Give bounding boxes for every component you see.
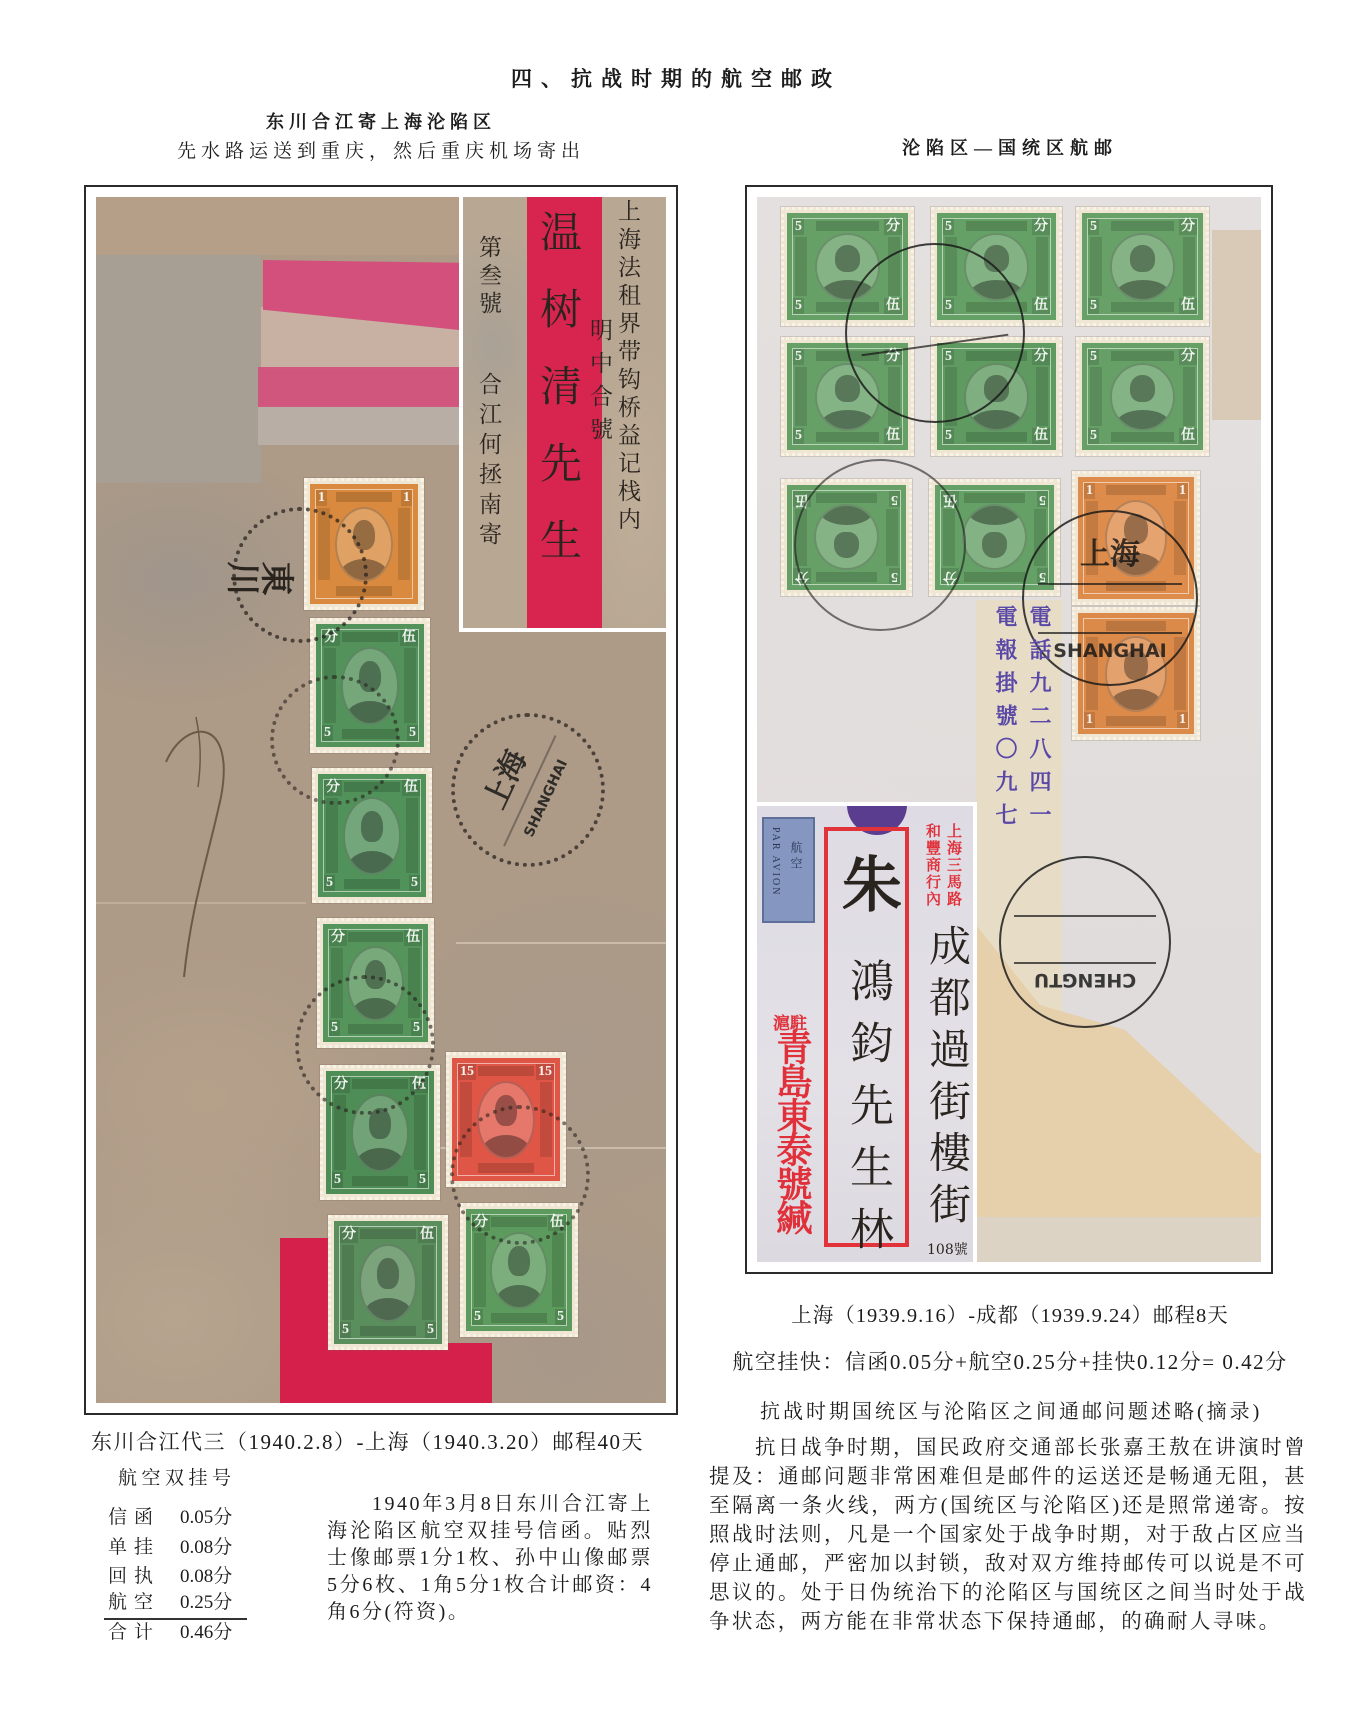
- stamp-side-panel: [1183, 237, 1195, 296]
- stamp-denomination: 5: [793, 349, 804, 365]
- rate-table-divider: [104, 1618, 247, 1620]
- stamp-inscription: [964, 493, 1026, 503]
- recipient-address: 上海法租界带钩桥益记栈内: [615, 199, 638, 535]
- stamp-inscription: [344, 879, 400, 889]
- stamp-denomination: 5: [1088, 219, 1099, 235]
- stamp-side-panel: [552, 1233, 564, 1307]
- stamp-side-panel: [398, 508, 410, 580]
- airmail-label: PAR AVION 航空: [762, 817, 815, 923]
- stamp-denomination: 伍: [1179, 298, 1197, 314]
- stamp-sun-yat-sen-5: 分伍55: [328, 1215, 448, 1350]
- stamp-inscription: [816, 432, 879, 442]
- postmark-content: 上海 SHANGHAI: [431, 693, 625, 887]
- stamp-side-panel: [414, 1095, 426, 1170]
- stamp-face: 分伍55: [334, 1221, 442, 1344]
- left-cover-heading: 东川合江寄上海沦陷区: [231, 111, 531, 133]
- rate-value: 0.08分: [180, 1565, 232, 1589]
- right-cover-photo: 5分5伍 5分5伍 5分5伍 5分5伍 5分5伍 5分5伍 5分5伍 5分5伍 …: [757, 197, 1261, 1262]
- rate-label: 单挂: [108, 1536, 160, 1560]
- stamp-side-panel: [795, 367, 807, 426]
- stamp-inscription: [1111, 221, 1174, 231]
- stamp-side-panel: [1036, 367, 1048, 426]
- rate-row: 回执 0.08分: [108, 1565, 253, 1589]
- portrait-bust: [356, 1148, 404, 1172]
- portrait-head: [508, 1246, 529, 1277]
- stamp-inscription: [964, 572, 1026, 582]
- pencil-mark: [136, 677, 276, 997]
- rate-value: 0.05分: [180, 1506, 232, 1530]
- stamp-side-panel: [795, 237, 807, 296]
- recipient-address: 成都過街樓街: [926, 924, 968, 1234]
- stamp-denomination: 5: [324, 875, 335, 891]
- portrait-bust: [968, 504, 1021, 525]
- stamp-denomination: 伍: [884, 428, 902, 444]
- stamp-denomination: 1: [316, 490, 327, 506]
- registration-telegraph: 電報掛號〇九七: [993, 605, 1015, 836]
- portrait-bust: [970, 410, 1023, 431]
- stamp-denomination: 5: [472, 1309, 483, 1325]
- stamp-denomination: 5: [1037, 491, 1048, 507]
- stamp-denomination: 5: [340, 1322, 351, 1338]
- stamp-inscription: [336, 492, 392, 502]
- recipient-address-2: 明中合號: [587, 318, 610, 450]
- pink-registration-band: [258, 367, 459, 407]
- portrait-oval: [1110, 363, 1175, 430]
- portrait-head: [1130, 375, 1155, 402]
- recipient-surname: 朱: [837, 853, 897, 913]
- portrait-head: [361, 811, 383, 842]
- stamp-denomination: 伍: [1032, 298, 1050, 314]
- stamp-side-panel: [422, 1245, 434, 1320]
- rate-row: 单挂 0.08分: [108, 1536, 253, 1560]
- paper-strip: [976, 1217, 1261, 1262]
- stamp-denomination: 1: [1084, 712, 1095, 728]
- stamp-denomination: 5: [793, 428, 804, 444]
- stamp-inscription: [966, 221, 1028, 231]
- stamp-denomination: 5: [943, 428, 954, 444]
- postmark-chengtu: CHENGTU: [999, 856, 1171, 1028]
- portrait-head: [982, 532, 1006, 558]
- stamp-denomination: 1: [401, 490, 412, 506]
- stamp-denomination: 伍: [418, 1227, 436, 1243]
- stamp-face: 5分5伍: [1082, 343, 1203, 450]
- stamp-denomination: 5: [1088, 298, 1099, 314]
- stamp-side-panel: [1090, 237, 1102, 296]
- paper-crease: [456, 942, 666, 944]
- rate-total-label: 合计: [108, 1621, 160, 1645]
- portrait-oval: [1110, 233, 1175, 300]
- airmail-label-en: PAR AVION: [770, 827, 781, 896]
- stamp-side-panel: [474, 1233, 486, 1307]
- stamp-denomination: 15: [458, 1064, 476, 1080]
- paper-patch: [96, 255, 261, 483]
- left-cover-description: 1940年3月8日东川合江寄上海沦陷区航空双挂号信函。贴烈士像邮票1分1枚、孙中…: [327, 1491, 653, 1626]
- stamp-inscription: [360, 1326, 416, 1336]
- rate-value: 0.08分: [180, 1536, 232, 1560]
- postmark-bar: [1038, 632, 1183, 634]
- stamp-inscription: [1111, 351, 1174, 361]
- stamp-denomination: 分: [1032, 349, 1050, 365]
- stamp-sun-yat-sen-5: 5分5伍: [1076, 337, 1209, 456]
- left-cover-subheading: 先水路运送到重庆，然后重庆机场寄出: [171, 141, 591, 163]
- registration-telephone: 電話九二八四一: [1027, 605, 1049, 836]
- paper-patch: [258, 405, 459, 445]
- right-cover-caption: 上海（1939.9.16）-成都（1939.9.24）邮程8天: [760, 1304, 1260, 1328]
- rate-label: 回执: [108, 1565, 160, 1589]
- portrait-bust: [1110, 689, 1162, 713]
- stamp-side-panel: [404, 648, 416, 723]
- stamp-denomination: 分: [340, 1227, 358, 1243]
- postmark-dongchuan: 東川: [232, 507, 368, 643]
- rate-row: 航空 0.25分: [108, 1591, 253, 1615]
- page-title: 四、抗战时期的航空邮政: [452, 67, 891, 91]
- recipient-house-number: 108號: [927, 1239, 968, 1259]
- portrait-head: [1130, 245, 1155, 272]
- stamp-denomination: 1: [1084, 483, 1095, 499]
- stamp-denomination: 伍: [1032, 428, 1050, 444]
- portrait-bust: [1116, 410, 1170, 431]
- stamp-denomination: 分: [1179, 349, 1197, 365]
- paper-patch: [1212, 230, 1261, 420]
- portrait-head: [377, 1258, 399, 1289]
- stamp-inscription: [816, 221, 879, 231]
- address-side-inset: 温树清先生 上海法租界带钩桥益记栈内 明中合號 第叁號 合江何拯南寄: [459, 197, 666, 632]
- stamp-side-panel: [342, 1245, 354, 1320]
- stamp-side-panel: [1036, 237, 1048, 296]
- stamp-inscription: [1106, 716, 1166, 726]
- stamp-denomination: 5: [793, 219, 804, 235]
- postmark-bar: [1014, 915, 1155, 917]
- stamp-side-panel: [406, 798, 418, 873]
- left-cover-photo: 温树清先生 上海法租界带钩桥益记栈内 明中合號 第叁號 合江何拯南寄 11 分伍…: [96, 197, 666, 1403]
- portrait-bust: [496, 1285, 543, 1309]
- rate-value: 0.25分: [180, 1591, 232, 1615]
- postmark-office: 東川: [227, 558, 295, 592]
- stamp-denomination: 分: [884, 219, 902, 235]
- sender-name: 青島東泰號緘: [774, 1029, 810, 1233]
- stamp-denomination: 伍: [400, 630, 418, 646]
- left-cover-caption: 东川合江代三（1940.2.8）-上海（1940.3.20）邮程40天: [91, 1430, 644, 1454]
- stamp-denomination: 5: [407, 725, 418, 741]
- portrait-oval: [359, 1244, 417, 1322]
- stamp-inscription: [352, 1176, 408, 1186]
- stamp-denomination: 5: [409, 875, 420, 891]
- sender-address-line-1: 上海三馬路: [946, 823, 961, 908]
- postmark-latin: CHENGTU: [1001, 970, 1169, 989]
- stamp-side-panel: [326, 798, 338, 873]
- postmark-partial: [794, 459, 966, 631]
- right-cover-rate: 航空挂快：信函0.05分+航空0.25分+挂快0.12分= 0.42分: [700, 1350, 1320, 1374]
- stamp-denomination: 伍: [404, 930, 422, 946]
- recipient-name: 鴻鈞先生林: [845, 958, 889, 1262]
- stamp-denomination: 5: [1088, 349, 1099, 365]
- sender-name: 合江何拯南寄: [476, 372, 499, 552]
- rate-label: 信函: [108, 1506, 160, 1530]
- stamp-denomination: 5: [332, 1172, 343, 1188]
- stamp-denomination: 分: [1032, 219, 1050, 235]
- right-cover-heading: 沦陷区—国统区航邮: [860, 137, 1160, 159]
- stamp-sun-yat-sen-5: 5分5伍: [1076, 207, 1209, 326]
- address-side-inset: PAR AVION 航空 上海三馬路 和豐商行內 朱 鴻鈞先生林 成都過街樓街 …: [757, 802, 977, 1262]
- portrait-bust: [821, 410, 875, 431]
- stamp-denomination: 5: [417, 1172, 428, 1188]
- rate-label: 航空: [108, 1591, 160, 1615]
- portrait-bust: [1116, 280, 1170, 301]
- postmark-cancel: [450, 1105, 590, 1245]
- stamp-inscription: [1111, 432, 1174, 442]
- stamp-denomination: 5: [1088, 428, 1099, 444]
- postmark-bar: [1038, 583, 1183, 585]
- stamp-inscription: [360, 1229, 416, 1239]
- stamp-inscription: [1106, 485, 1166, 495]
- stamp-denomination: 1: [1177, 712, 1188, 728]
- postmark-bar: [1014, 962, 1155, 964]
- stamp-denomination: 5: [425, 1322, 436, 1338]
- stamp-denomination: 5: [943, 219, 954, 235]
- postmark-cancel: [295, 975, 435, 1115]
- article-body: 抗日战争时期，国民政府交通部长张嘉王敖在讲演时曾提及：通邮问题非常困难但是邮件的…: [709, 1434, 1307, 1637]
- rate-row: 信函 0.05分: [108, 1506, 253, 1530]
- postmark-cancel: [270, 675, 400, 805]
- stamp-inscription: [478, 1066, 534, 1076]
- exhibit-page: 四、抗战时期的航空邮政 东川合江寄上海沦陷区 先水路运送到重庆，然后重庆机场寄出…: [0, 0, 1357, 1712]
- postmark-office: 上海: [1024, 540, 1196, 570]
- stamp-face: 5分5伍: [1082, 213, 1203, 320]
- stamp-denomination: 5: [793, 298, 804, 314]
- portrait-oval: [962, 504, 1026, 570]
- sender-number: 第叁號: [476, 235, 499, 319]
- stamp-denomination: 5: [555, 1309, 566, 1325]
- registration-band: [446, 1343, 492, 1403]
- postmark-transit: [845, 243, 1025, 423]
- stamp-denomination: 伍: [402, 780, 420, 796]
- portrait-bust: [364, 1298, 412, 1322]
- stamp-side-panel: [1090, 367, 1102, 426]
- postmark-shanghai: 上海 SHANGHAI: [451, 713, 605, 867]
- postmark-bar: [862, 333, 1009, 356]
- stamp-denomination: 15: [536, 1064, 554, 1080]
- stamp-inscription: [342, 632, 398, 642]
- airmail-label-cn: 航空: [790, 841, 802, 873]
- stamp-denomination: 1: [1177, 483, 1188, 499]
- rate-table-title: 航空双挂号: [118, 1467, 236, 1491]
- recipient-name: 温树清先生: [537, 210, 579, 595]
- rate-total-value: 0.46分: [180, 1621, 232, 1645]
- portrait-oval: [343, 797, 401, 875]
- portrait-bust: [348, 851, 396, 875]
- stamp-inscription: [491, 1313, 546, 1323]
- stamp-inscription: [966, 432, 1028, 442]
- stamp-denomination: 分: [329, 930, 347, 946]
- stamp-denomination: 分: [1179, 219, 1197, 235]
- stamp-inscription: [1111, 302, 1174, 312]
- article-title: 抗战时期国统区与沦陷区之间通邮问题述略(摘录): [760, 1400, 1260, 1424]
- portrait-head: [835, 375, 860, 402]
- sender-address-line-2: 和豐商行內: [925, 823, 940, 908]
- rate-total-row: 合计 0.46分: [108, 1621, 253, 1645]
- stamp-inscription: [348, 932, 403, 942]
- portrait-head: [835, 245, 860, 272]
- stamp-side-panel: [1183, 367, 1195, 426]
- stamp-denomination: 伍: [1179, 428, 1197, 444]
